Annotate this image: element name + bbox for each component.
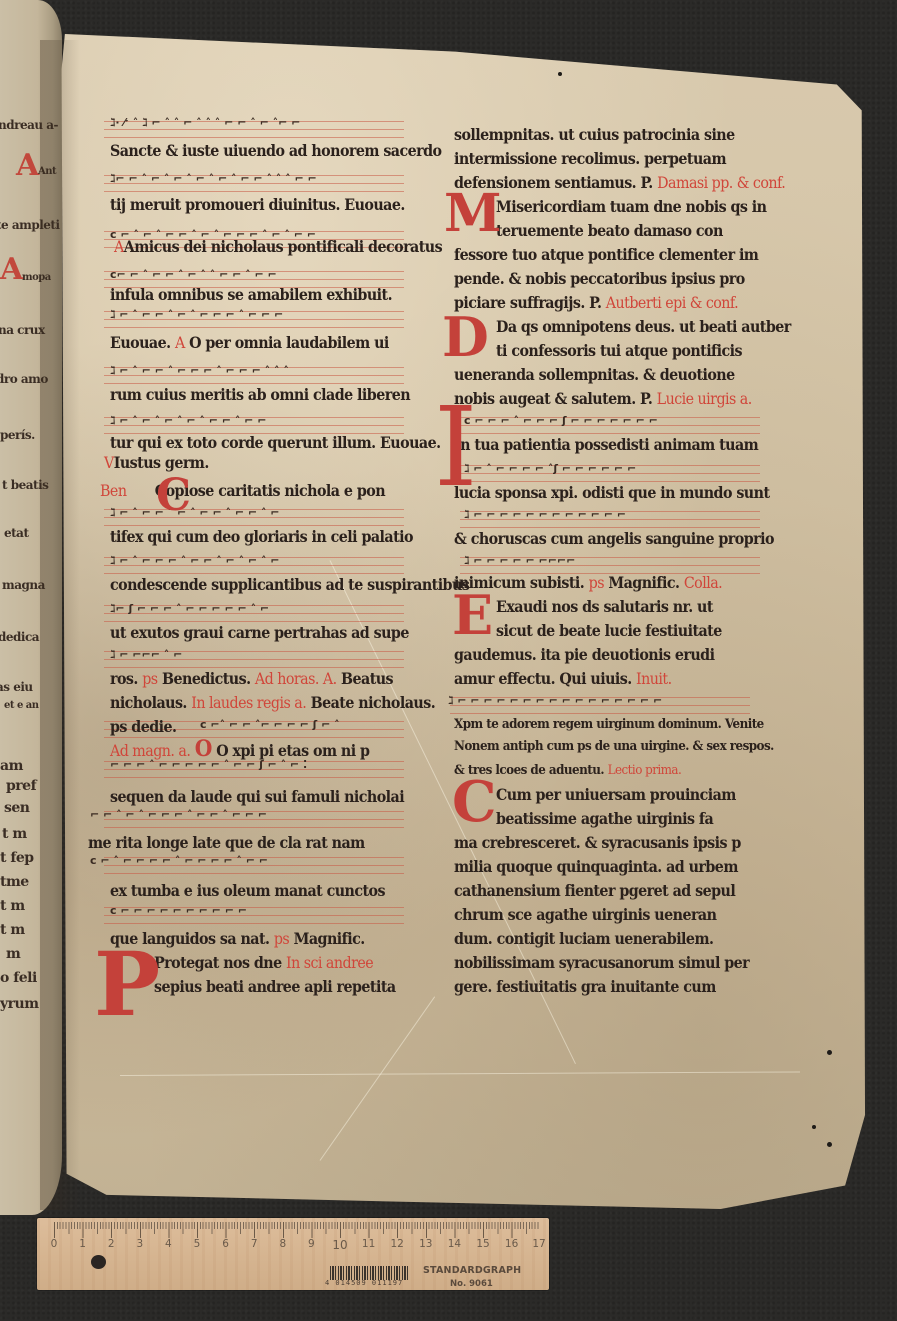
text-line: sepius beati andree apli repetita	[154, 978, 396, 996]
rubric: Ad horas. A.	[255, 670, 337, 688]
text-line: Misericordiam tuam dne nobis qs in	[496, 198, 766, 216]
text-line: condescende supplicantibus ad te suspira…	[110, 576, 469, 594]
neume-marks: ℷ ⌐ ⌐ ⌐ ⌐ ⌐ ⌐⌐⌐⌐	[464, 554, 575, 567]
ruler-number: 14	[448, 1238, 461, 1250]
ruler-number: 7	[251, 1238, 258, 1250]
prev-fragment: perís.	[0, 428, 35, 442]
text-line: ps dedie.	[110, 718, 176, 736]
initial-c: C	[156, 474, 191, 518]
rubric: Lucie uirgis a.	[657, 390, 752, 408]
text-line: chrum sce agathe uirginis ueneran	[454, 906, 716, 924]
neume-marks: ℷ ⌐ ˄ ⌐ ⌐ ˄ ⌐ ˄ ⌐ ⌐ ˄ ⌐ ⌐ ˄ ⌐	[110, 506, 280, 519]
text-line: nobilissimam syracusanorum simul per	[454, 954, 749, 972]
ruler-number: 2	[108, 1238, 115, 1250]
rubric: Ben	[100, 482, 126, 500]
initial-o: O	[195, 736, 212, 762]
text-line: lucia sponsa xpi. odisti que in mundo su…	[454, 484, 769, 502]
rubric: In laudes regis a.	[191, 694, 306, 712]
ruler-number: 17	[532, 1238, 545, 1250]
ruler-hanging-hole	[91, 1255, 106, 1269]
prev-fragment: t m	[0, 898, 25, 914]
prev-fragment: dedica	[0, 630, 39, 644]
text-line: Ad magn. a. O O xpi pi etas om ni p	[110, 740, 369, 760]
text-line: sicut de beate lucie festiuitate	[496, 622, 722, 640]
text-line: pende. & nobis peccatoribus ipsius pro	[454, 270, 745, 288]
neume-marks: c ⌐ ⌐ ⌐ ⌐ ⌐ ⌐ ⌐ ⌐ ⌐ ⌐	[110, 904, 247, 917]
text-line: fessore tuo atque pontifice clementer im	[454, 246, 758, 264]
text-line: tur qui ex toto corde querunt illum. Euo…	[110, 434, 441, 452]
prev-fragment: am	[0, 758, 23, 774]
parchment-hole	[827, 1142, 832, 1147]
text-line: beatissime agathe uirginis fa	[496, 810, 713, 828]
text-line: piciare suffragijs. P. Autberti epi & co…	[454, 294, 738, 312]
text-line: Euouae. A O per omnia laudabilem ui	[110, 334, 389, 352]
text-line: ma crebresceret. & syracusanis ipsis p	[454, 834, 741, 852]
text-line: amur effectu. Qui uiuis. Inuit.	[454, 670, 672, 688]
rubric: A	[175, 334, 185, 352]
text-line: gaudemus. ita pie deuotionis erudi	[454, 646, 714, 664]
text-line: me rita longe late que de cla rat nam	[88, 834, 365, 852]
neume-marks: ℷ ⌐ ⌐ ⌐ ⌐ ⌐ ⌐ ⌐ ⌐ ⌐ ⌐ ⌐ ⌐	[464, 508, 626, 521]
ruler-number: 13	[419, 1238, 432, 1250]
neume-marks: ℷ· ⁄ˑ ˄ ℷ ⌐ ˄ ˄ ⌐ ˄ ˄ ˄ ⌐ ⌐ ˄ ⌐ ˄⌐ ⌐	[110, 116, 300, 129]
neume-marks: ℷ ⌐ ˄ ⌐ ˄ ⌐ ˄ ⌐ ˄ ⌐ ⌐ ˄ ⌐ ⌐	[110, 414, 266, 427]
neume-marks: ℷ⌐ ʃ ⌐ ⌐ ⌐ ˄ ⌐ ⌐ ⌐ ⌐ ⌐ ˄ ⌐	[110, 602, 269, 615]
text-line: cathanensium fienter pgeret ad sepul	[454, 882, 735, 900]
text-line: nicholaus. In laudes regis a. Beate nich…	[110, 694, 435, 712]
text-line: Nonem antiph cum ps de una uirgine. & se…	[454, 738, 774, 756]
parchment-hole	[558, 72, 562, 76]
text-line: Exaudi nos ds salutaris nr. ut	[496, 598, 713, 616]
text-line: sequen da laude qui sui famuli nicholai	[110, 788, 404, 806]
text-line: In tua patientia possedisti animam tuam	[454, 436, 758, 454]
text-line: ti confessoris tui atque pontificis	[496, 342, 742, 360]
ruler-number: 1	[79, 1238, 86, 1250]
neume-marks: c ⌐ ˄ ⌐ ⌐ ⌐ ⌐ ˄ ⌐ ⌐ ⌐ ⌐ ˄ ⌐ ⌐	[90, 854, 268, 867]
text-line: Cum per uniuersam prouinciam	[496, 786, 736, 804]
text-line: Xpm te adorem regem uirginum dominum. Ve…	[454, 716, 764, 734]
text-line: Ben Copiose caritatis nichola e pon	[100, 482, 385, 500]
text-line: Da qs omnipotens deus. ut beati autber	[496, 318, 791, 336]
rubric: ps	[142, 670, 157, 688]
ruler-number: 0	[51, 1238, 58, 1250]
ruler-model: No. 9061	[450, 1279, 493, 1289]
prev-fragment: na crux	[0, 323, 45, 337]
neume-marks: ℷ ⌐ ˄ ⌐ ⌐ ⌐ ⌐ ˄ʃ ⌐ ⌐ ⌐ ⌐ ⌐ ⌐	[464, 462, 636, 475]
text-line: & choruscas cum angelis sanguine proprio	[454, 530, 774, 548]
prev-fragment: pref	[6, 778, 36, 794]
rubric: V	[104, 454, 114, 472]
neume-marks: ℷ ⌐ ˄ ⌐ ⌐ ˄ ⌐ ⌐ ⌐ ˄ ⌐ ⌐ ⌐ ˄ ˄ ˄	[110, 364, 289, 377]
text-line: tifex qui cum deo gloriaris in celi pala…	[110, 528, 413, 546]
prev-fragment: as eiu	[0, 680, 33, 694]
text-line: nobis augeat & salutem. P. Lucie uirgis …	[454, 390, 752, 408]
text-line: ex tumba e ius oleum manat cunctos	[110, 882, 385, 900]
rubric: ps	[589, 574, 604, 592]
rubric: Colla.	[684, 574, 722, 592]
text-line: milia quoque quinquaginta. ad urbem	[454, 858, 738, 876]
rubric: ps	[274, 930, 289, 948]
initial-m: M	[444, 188, 502, 240]
text-line: AAmicus dei nicholaus pontificali decora…	[114, 238, 442, 256]
initial-d: D	[442, 310, 489, 364]
text-line: ut exutos graui carne pertrahas ad supe	[110, 624, 409, 642]
text-line: gere. festiuitatis gra inuitante cum	[454, 978, 716, 996]
prev-fragment: magna	[2, 578, 45, 592]
neume-marks: ⌐ ⌐ ˄ ⌐ ˄ ⌐ ⌐ ⌐ ˄ ⌐ ⌐ ˄ ⌐ ⌐ ⌐	[90, 808, 267, 821]
neume-marks: c⌐ ⌐ ˄ ⌐ ⌐ ˄ ⌐ ˄ ˄ ⌐ ⌐ ˄ ⌐ ⌐	[110, 268, 277, 281]
text-line: intermissione recolimus. perpetuam	[454, 150, 726, 168]
neume-marks: ℷ ⌐ ⌐ ⌐ ⌐ ⌐ ⌐ ⌐ ⌐ ⌐ ⌐ ⌐ ⌐ ⌐ ⌐ ⌐ ⌐	[448, 694, 662, 707]
text-line: sollempnitas. ut cuius patrocinia sine	[454, 126, 735, 144]
prev-fragment: dro amo	[0, 372, 48, 386]
rubric: Autberti epi & conf.	[606, 294, 738, 312]
neume-marks: c ⌐˄ ⌐ ⌐ ˄⌐ ⌐ ⌐ ⌐ ʃ ⌐ ˄	[200, 718, 340, 731]
initial-c: C	[452, 774, 497, 830]
neume-marks: c ⌐ ⌐ ⌐ ˄ ⌐ ⌐ ⌐ ʃ ⌐ ⌐ ⌐ ⌐ ⌐ ⌐ ⌐	[464, 414, 658, 427]
prev-fragment: et e an	[4, 700, 39, 711]
text-line: rum cuius meritis ab omni clade liberen	[110, 386, 410, 404]
parchment-hole	[812, 1125, 816, 1129]
ruler-number: 4	[165, 1238, 172, 1250]
prev-fragment: te ampleti	[0, 218, 60, 232]
ruler-major-ticks	[54, 1222, 540, 1238]
prev-initial: A	[0, 252, 23, 287]
initial-i: I	[434, 392, 477, 502]
prev-fragment: mopa	[22, 272, 51, 283]
initial-p: P	[94, 940, 160, 1028]
text-line: inimicum subisti. ps Magnific. Colla.	[454, 574, 722, 592]
text-line: ros. ps Benedictus. Ad horas. A. Beatus	[110, 670, 393, 688]
ruler-number: 10	[332, 1238, 347, 1252]
ruler-number: 5	[194, 1238, 201, 1250]
neume-marks: ℷ ⌐ ˄ ⌐ ⌐ ⌐ ˄ ⌐ ⌐ ˄ ⌐ ˄ ⌐ ˄ ⌐	[110, 554, 280, 567]
initial-e: E	[452, 588, 493, 642]
prev-initial: A	[16, 148, 39, 183]
prev-fragment: t fep	[0, 850, 34, 866]
prev-fragment: yrum	[0, 996, 39, 1012]
text-line: teruemente beato damaso con	[496, 222, 723, 240]
prev-fragment: etat	[4, 526, 29, 540]
rubric: Ad magn. a.	[110, 742, 190, 760]
ruler-number: 11	[362, 1238, 375, 1250]
neume-marks: ℷ ⌐ ˄ ⌐ ⌐ ˄ ⌐ ˄ ⌐ ⌐ ⌐ ˄ ⌐ ⌐ ⌐	[110, 308, 283, 321]
text-line: ueneranda sollempnitas. & deuotione	[454, 366, 735, 384]
prev-fragment: t beatis	[2, 478, 48, 492]
barcode	[330, 1266, 408, 1280]
ruler-number: 15	[476, 1238, 489, 1250]
ruler-number: 12	[391, 1238, 404, 1250]
prev-fragment: ndreau a-	[0, 118, 58, 132]
ruler-number: 9	[308, 1238, 315, 1250]
rubric: Lectio prima.	[608, 763, 682, 778]
parchment-hole	[827, 1050, 832, 1055]
rubric: In sci andree	[286, 954, 373, 972]
prev-fragment: tme	[0, 874, 29, 890]
prev-fragment: m	[6, 946, 20, 962]
rubric: Inuit.	[636, 670, 672, 688]
ruler-brand: STANDARDGRAPH	[423, 1265, 521, 1276]
text-line: Protegat nos dne In sci andree	[154, 954, 373, 972]
barcode-number: 4 014509 011197	[325, 1279, 403, 1287]
prev-fragment: t m	[2, 826, 27, 842]
text-line: defensionem sentiamus. P. Damasi pp. & c…	[454, 174, 785, 192]
ruler-number: 3	[136, 1238, 143, 1250]
neume-marks: ℷ ⌐ ⌐⌐⌐ ˄ ⌐	[110, 648, 182, 661]
text-line: infula omnibus se amabilem exhibuit.	[110, 286, 392, 304]
ruler-number: 8	[279, 1238, 286, 1250]
measuring-ruler: 0 1 2 3 4 5 6 7 8 9 10 11 12 13 14 15 16…	[37, 1218, 549, 1290]
prev-fragment: sen	[4, 800, 29, 816]
text-line: Sancte & iuste uiuendo ad honorem sacerd…	[110, 142, 441, 160]
neume-marks: ℷ⌐ ⌐ ˄ ⌐ ˄ ⌐ ˄ ⌐ ˄ ⌐ ˄ ⌐ ⌐ ˄ ˄ ˄ ⌐ ⌐	[110, 172, 317, 185]
ruler-number: 16	[505, 1238, 518, 1250]
prev-fragment: o feli	[0, 970, 37, 986]
rubric: A	[114, 238, 124, 256]
previous-page-edge: ndreau a- A Ant te ampleti A mopa na cru…	[0, 0, 62, 1215]
text-line: tij meruit promoueri diuinitus. Euouae.	[110, 196, 405, 214]
ruler-number: 6	[222, 1238, 229, 1250]
rubric: Damasi pp. & conf.	[657, 174, 785, 192]
text-line: dum. contigit luciam uenerabilem.	[454, 930, 713, 948]
prev-fragment: Ant	[38, 166, 56, 177]
prev-fragment: t m	[0, 922, 25, 938]
